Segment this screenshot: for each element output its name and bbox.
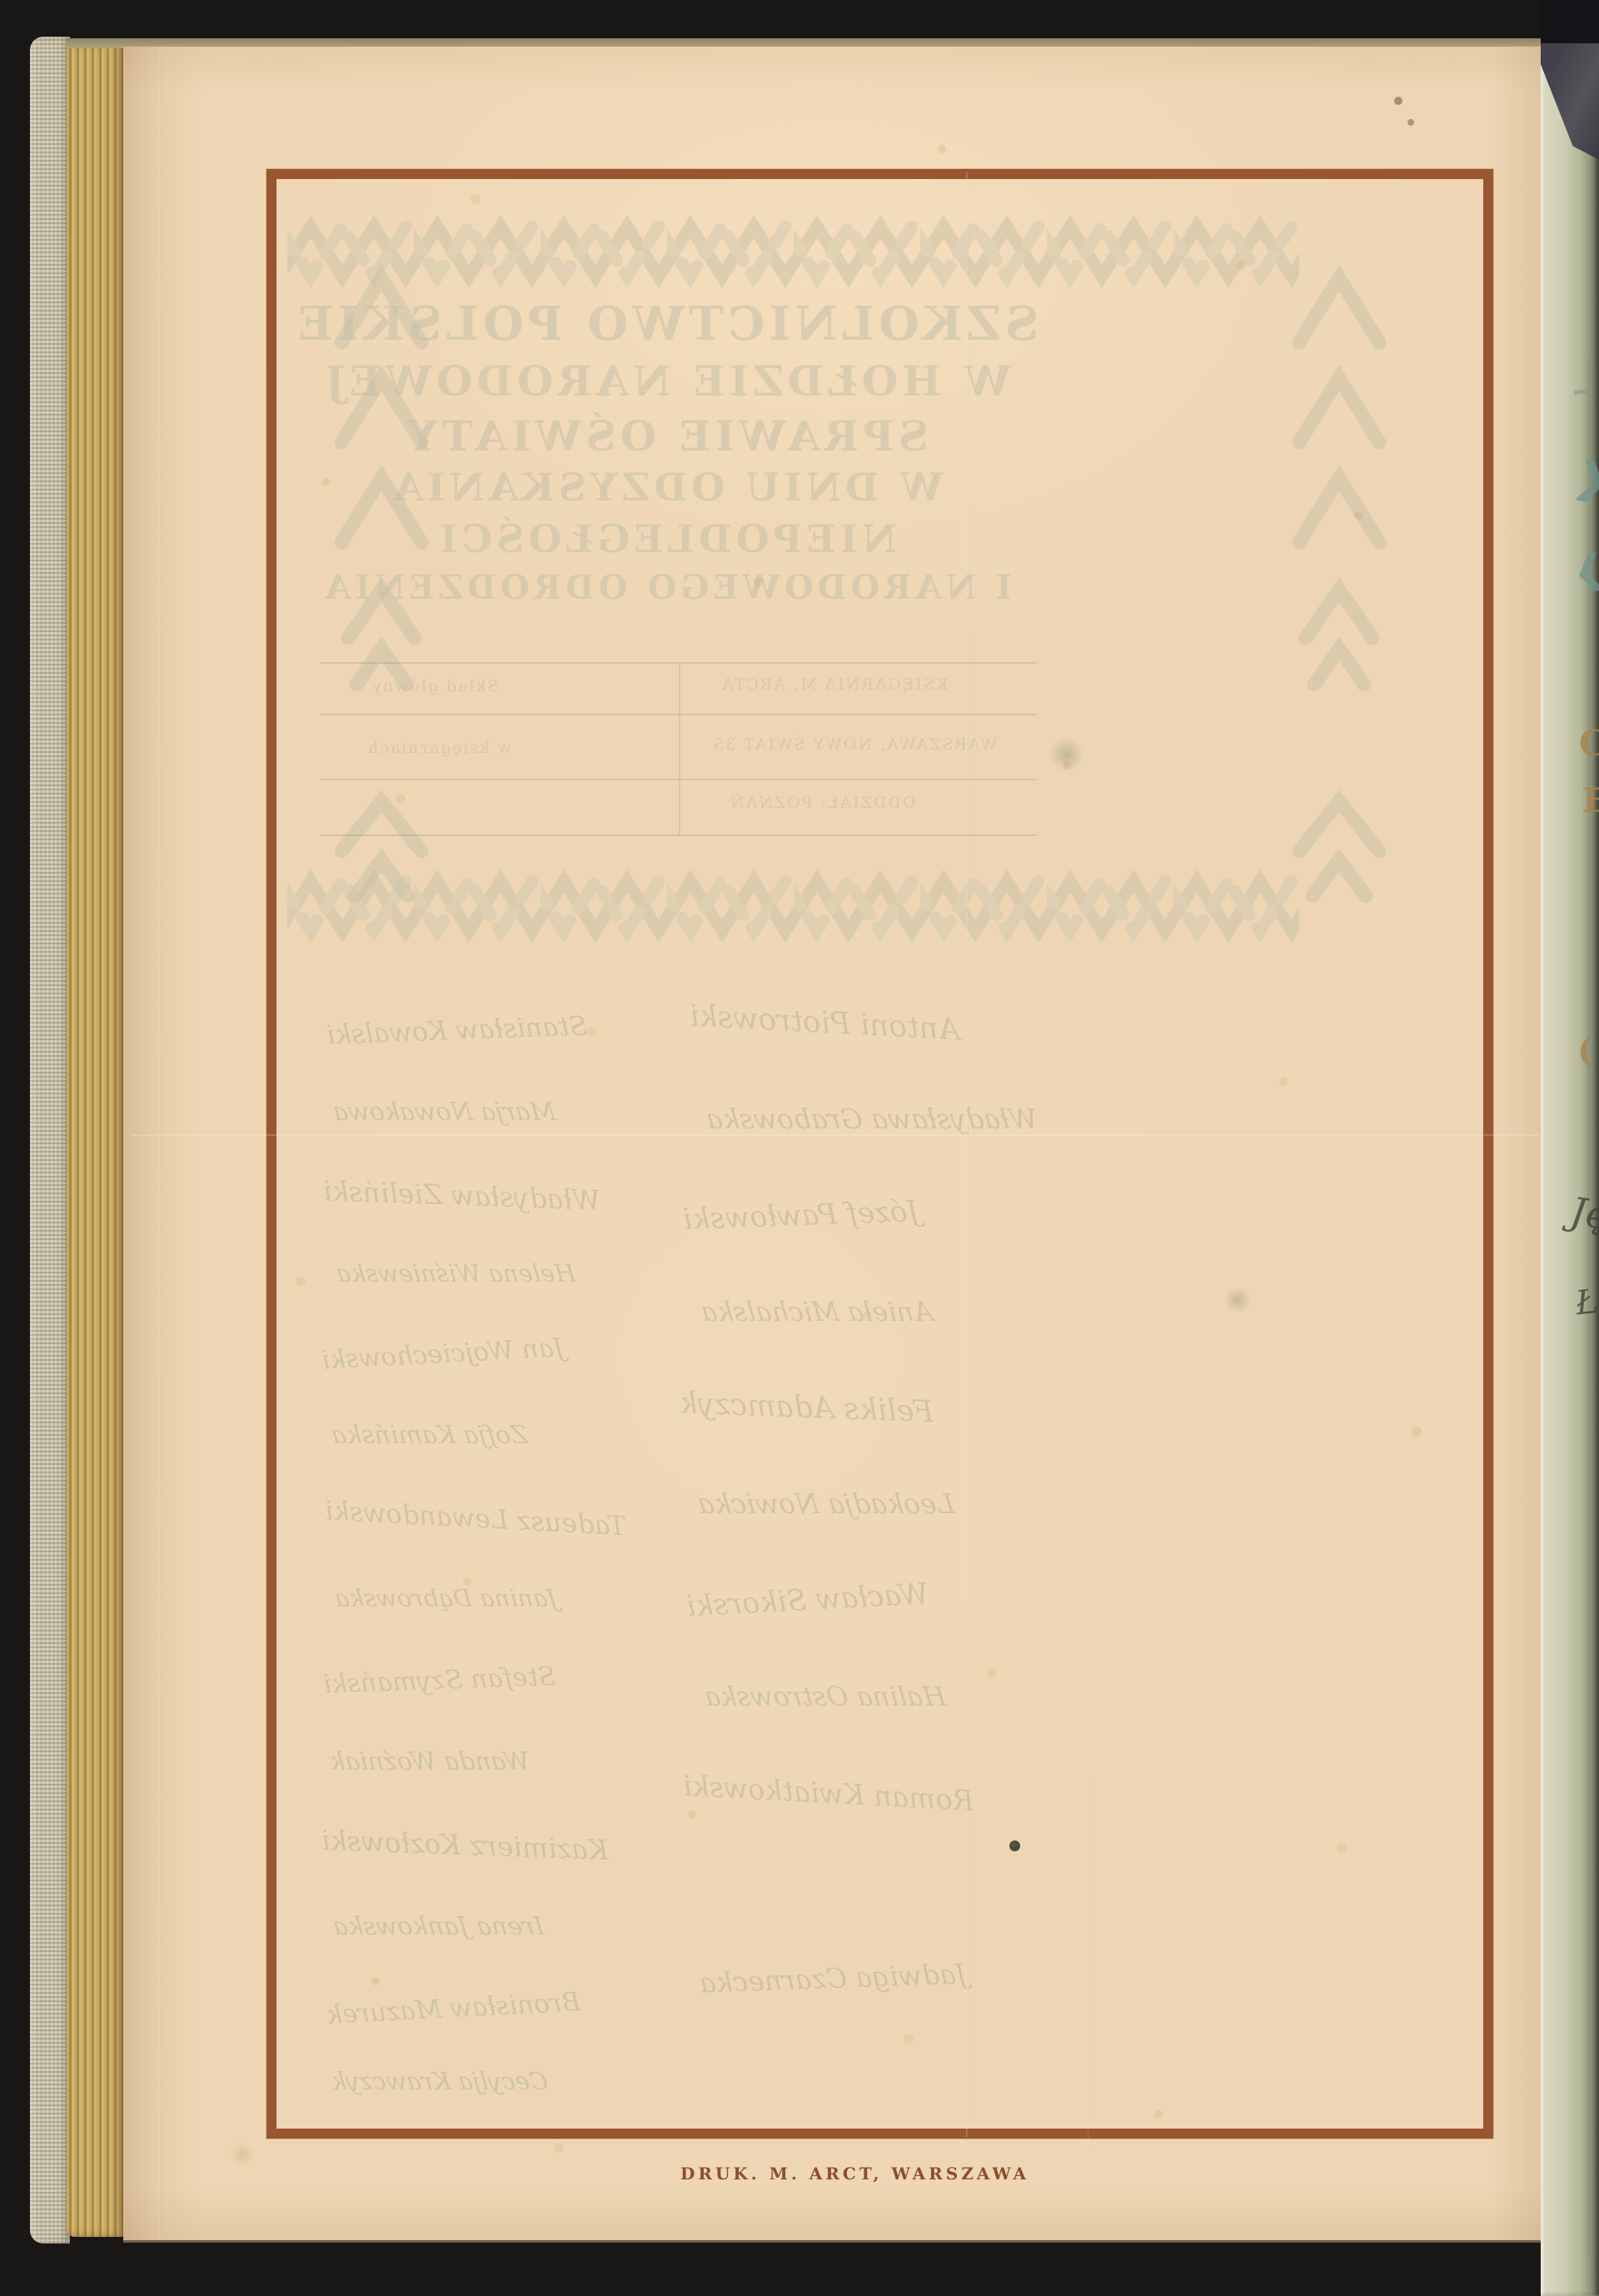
ghost-title-line: W HOŁDZIE NARODOWEJ — [291, 356, 1041, 406]
facing-page-handwriting-fragment: Ły — [1574, 1281, 1599, 1323]
printer-imprint: DRUK. M. ARCT, WARSZAWA — [242, 2164, 1468, 2184]
ghost-signature: Irena Jankowska — [331, 1912, 545, 1941]
vertical-crease-secondary — [1088, 1129, 1089, 2154]
ghost-title-line: I NARODOWEGO ODRODZENIA — [291, 568, 1041, 607]
ghost-signature: Cecylja Krawczyk — [330, 2067, 549, 2095]
ghost-table: Skład główny w księgarniach KSIĘGARNIA M… — [321, 662, 1037, 836]
ghost-table-cell: Skład główny — [371, 677, 498, 695]
facing-page-letter-fragment: E — [1582, 781, 1599, 820]
scanned-book-photo: { "page": { "description": "Verso of an … — [0, 0, 1599, 2296]
facing-page-ornament-fragment: ❮ — [1570, 547, 1599, 595]
ghost-signature: Halina Ostrowska — [703, 1681, 948, 1712]
ghost-signature: Helena Wiśniewska — [335, 1259, 577, 1287]
ghost-title-line: NIEPODLEGŁOŚCI — [291, 516, 1041, 561]
cover-corner-edge — [1541, 43, 1599, 160]
ghost-signature: Władysława Grabowska — [705, 1103, 1039, 1135]
ghost-braid-band-top — [287, 213, 1299, 293]
facing-page-sliver: ❯ ❮ C E ( Ję Ły — [1541, 0, 1599, 2296]
ghost-chevron-ornament-right — [1289, 263, 1389, 916]
green-smudge — [1048, 738, 1086, 771]
green-smudge — [1223, 1287, 1253, 1312]
horizontal-crease — [132, 1134, 1539, 1136]
ghost-braid-band-bottom — [287, 868, 1299, 948]
facing-page-handwriting-fragment: Ję — [1567, 1188, 1599, 1238]
cloth-spine — [30, 37, 70, 2244]
book-page: SZKOLNICTWO POLSKIE W HOŁDZIE NARODOWEJ … — [123, 47, 1541, 2243]
ghost-signature: Janina Dąbrowska — [333, 1584, 559, 1612]
stacked-page-edges — [67, 42, 125, 2237]
ghost-table-cell: WARSZAWA, NOWY ŚWIAT 35 — [712, 735, 997, 754]
foxing-spots — [123, 47, 128, 52]
ghost-table-cell: w księgarniach — [366, 739, 511, 757]
ghost-title-line: SZKOLNICTWO POLSKIE — [291, 296, 1041, 351]
background-mat-corner — [1541, 0, 1599, 48]
ghost-signature: Aniela Michalska — [700, 1296, 934, 1327]
ghost-signature: Wanda Woźniak — [328, 1747, 531, 1776]
facing-page-letter-fragment: C — [1579, 723, 1599, 764]
ghost-signature: Marja Nowakowa — [331, 1098, 557, 1127]
ink-spot — [1009, 1840, 1020, 1851]
ghost-title-line: W DNIU ODZYSKANIA — [291, 465, 1041, 510]
ghost-signature: Leokadja Nowicka — [696, 1487, 956, 1520]
ghost-signature: Zofja Kamińska — [330, 1421, 530, 1450]
facing-page-letter-fragment: ( — [1577, 1031, 1593, 1070]
ghost-table-divider — [679, 664, 680, 834]
ghost-table-cell: KSIĘGARNIA M. ARCTA — [720, 675, 948, 694]
vertical-crease — [966, 172, 969, 2137]
ghost-table-cell: ODDZIAŁ: POZNAŃ — [729, 794, 915, 812]
gutter-crease — [158, 47, 161, 2240]
ghost-title-line: SPRAWIE OŚWIATY — [291, 411, 1041, 461]
facing-page-ornament-fragment: ❯ — [1571, 453, 1599, 506]
